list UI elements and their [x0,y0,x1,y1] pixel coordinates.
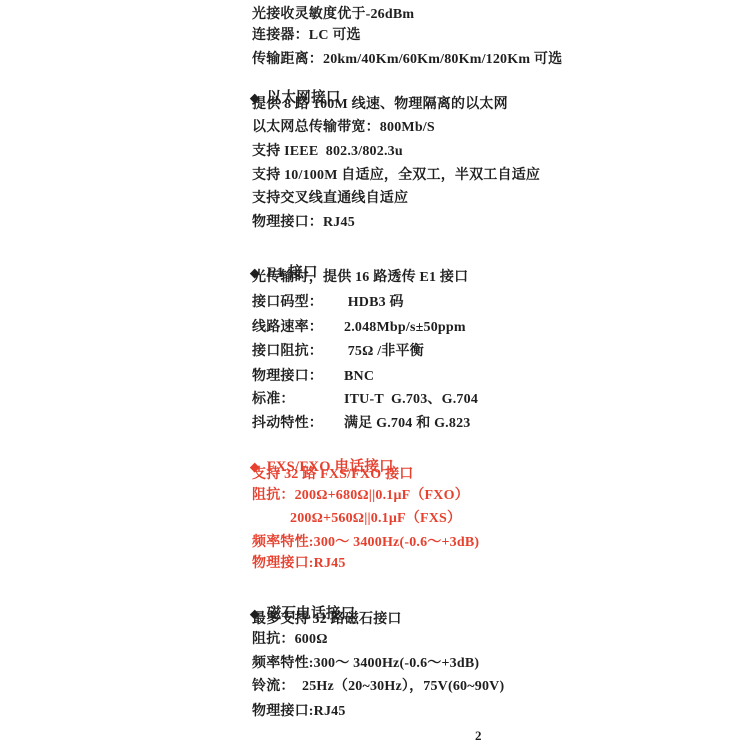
spec-value: 75Ω /非平衡 [344,343,424,360]
spec-row-e1-jitter: 抖动特性：满足 G.704 和 G.823 [252,415,470,432]
spec-line-magneto-physical: 物理接口:RJ45 [252,703,346,720]
spec-label: 线路速率： [252,319,344,336]
spec-row-e1-linerate: 线路速率：2.048Mbp/s±50ppm [252,319,466,336]
spec-value: ITU-T G.703、G.704 [344,391,478,408]
spec-line-transmission-distance: 传输距离：20km/40Km/60Km/80Km/120Km 可选 [252,51,562,68]
spec-label: 物理接口： [252,368,344,385]
spec-line-magneto-impedance: 阻抗：600Ω [252,631,328,648]
spec-label: 接口码型： [252,294,344,311]
spec-document-page: 光接收灵敏度优于-26dBm 连接器：LC 可选 传输距离：20km/40Km/… [0,0,750,750]
spec-value: 满足 G.704 和 G.823 [344,415,470,432]
spec-line-ethernet-autoneg: 支持 10/100M 自适应，全双工，半双工自适应 [252,167,540,184]
spec-line-ethernet-physical: 物理接口：RJ45 [252,214,355,231]
spec-value: HDB3 码 [344,294,404,311]
spec-line-rx-sensitivity: 光接收灵敏度优于-26dBm [252,6,414,23]
page-number: 2 [475,728,482,744]
spec-line-connector: 连接器：LC 可选 [252,27,361,44]
spec-line-magneto-channels: 最多支持 32 路磁石接口 [252,611,402,628]
spec-row-e1-impedance: 接口阻抗： 75Ω /非平衡 [252,343,424,360]
spec-line-ethernet-mdix: 支持交叉线直通线自适应 [252,190,408,207]
spec-line-ethernet-ieee: 支持 IEEE 802.3/802.3u [252,143,403,160]
spec-value: BNC [344,368,374,385]
spec-row-e1-linecode: 接口码型： HDB3 码 [252,294,404,311]
spec-line-magneto-frequency: 频率特性:300～ 3400Hz(-0.6～+3dB) [252,655,479,672]
spec-line-fxs-impedance-fxo: 阻抗：200Ω+680Ω||0.1μF（FXO） [252,487,469,504]
spec-line-e1-intro: 光传输时，提供 16 路透传 E1 接口 [252,269,468,286]
spec-label: 抖动特性： [252,415,344,432]
spec-line-fxs-channels: 支持 32 路 FXS/FXO 接口 [252,466,414,483]
spec-label: 接口阻抗： [252,343,344,360]
spec-line-ethernet-bandwidth: 以太网总传输带宽：800Mb/S [252,119,435,136]
spec-line-ethernet-channels: 提供 8 路 100M 线速、物理隔离的以太网 [252,96,508,113]
spec-row-e1-standard: 标准：ITU-T G.703、G.704 [252,391,478,408]
spec-line-magneto-ringing: 铃流： 25Hz（20~30Hz），75V(60~90V) [252,678,504,695]
spec-line-fxs-physical: 物理接口:RJ45 [252,555,346,572]
spec-line-fxs-frequency: 频率特性:300～ 3400Hz(-0.6～+3dB) [252,534,479,551]
spec-row-e1-physical: 物理接口：BNC [252,368,374,385]
spec-line-fxs-impedance-fxs: 200Ω+560Ω||0.1μF（FXS） [290,510,461,527]
spec-value: 2.048Mbp/s±50ppm [344,319,466,336]
spec-label: 标准： [252,391,344,408]
